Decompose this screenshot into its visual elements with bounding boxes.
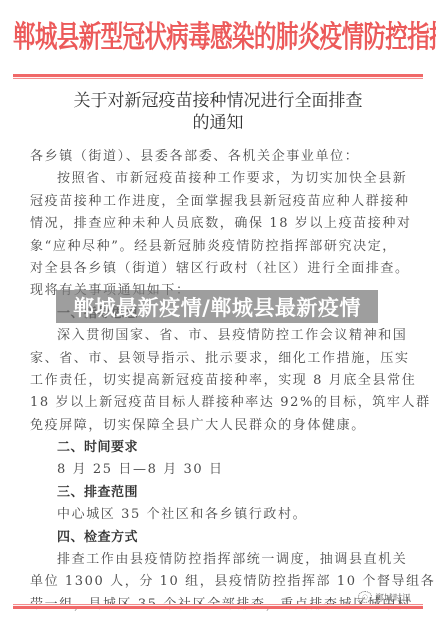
body-line: 排查工作由县疫情防控指挥部统一调度，抽调县直机关 [30, 549, 410, 571]
body-line: 中心城区 35 个社区和各乡镇行政村。 [30, 504, 410, 526]
section-heading: 二、时间要求 [30, 437, 410, 459]
body-line: 18 岁以上新冠疫苗目标人群接种率达 92%的目标，筑牢人群 [30, 392, 410, 414]
body-line: 8 月 25 日—8 月 30 日 [30, 459, 410, 481]
body-line: 各乡镇（街道）、县委各部委、各机关企事业单位： [30, 146, 410, 168]
body-line: 象“应种尽种”。经县新冠肺炎疫情防控指挥部研究决定， [30, 236, 410, 258]
document-title: 关于对新冠疫苗接种情况进行全面排查 的通知 [0, 90, 436, 134]
section-heading: 三、排查范围 [30, 482, 410, 504]
body-line: 对全县各乡镇（街道）辖区行政村（社区）进行全面排查。 [30, 258, 410, 280]
letterhead-red-rule [13, 74, 423, 79]
section-heading: 四、检查方式 [30, 527, 410, 549]
document-body: 各乡镇（街道）、县委各部委、各机关企事业单位：按照省、市新冠疫苗接种工作要求，为… [30, 146, 410, 616]
title-line-2: 的通知 [0, 112, 436, 134]
body-line: 深入贯彻国家、省、市、县疫情防控工作会议精神和国 [30, 325, 410, 347]
letterhead-org-name: 郸城县新型冠状病毒感染的肺炎疫情防控指挥部 [13, 13, 423, 56]
body-line: 免疫屏障，切实保障全县广大人民群众的身体健康。 [30, 415, 410, 437]
watermark: ◌ 郸城时讯 [358, 590, 411, 604]
body-line: 冠疫苗接种工作进度，全面掌握我县新冠疫苗应种人群接种 [30, 191, 410, 213]
body-line: 情况，排查应种未种人员底数，确保 18 岁以上疫苗接种对 [30, 213, 410, 235]
document-page: 郸城县新型冠状病毒感染的肺炎疫情防控指挥部 关于对新冠疫苗接种情况进行全面排查 … [0, 0, 436, 617]
wechat-channel-icon: ◌ [358, 591, 372, 603]
body-line: 按照省、市新冠疫苗接种工作要求，为切实加快全县新 [30, 168, 410, 190]
body-line: 单位 1300 人，分 10 组，县疫情防控指挥部 10 个督导组各 [30, 571, 410, 593]
overlay-banner: 郸城最新疫情/郸城县最新疫情 [56, 290, 378, 323]
title-line-1: 关于对新冠疫苗接种情况进行全面排查 [0, 90, 436, 112]
body-line: 工作责任，切实提高新冠疫苗接种率，实现 8 月底全县常住 [30, 370, 410, 392]
body-line: 家、省、市、县领导指示、批示要求，细化工作措施，压实 [30, 348, 410, 370]
footer-red-rule [13, 604, 423, 609]
watermark-text: 郸城时讯 [375, 591, 411, 604]
